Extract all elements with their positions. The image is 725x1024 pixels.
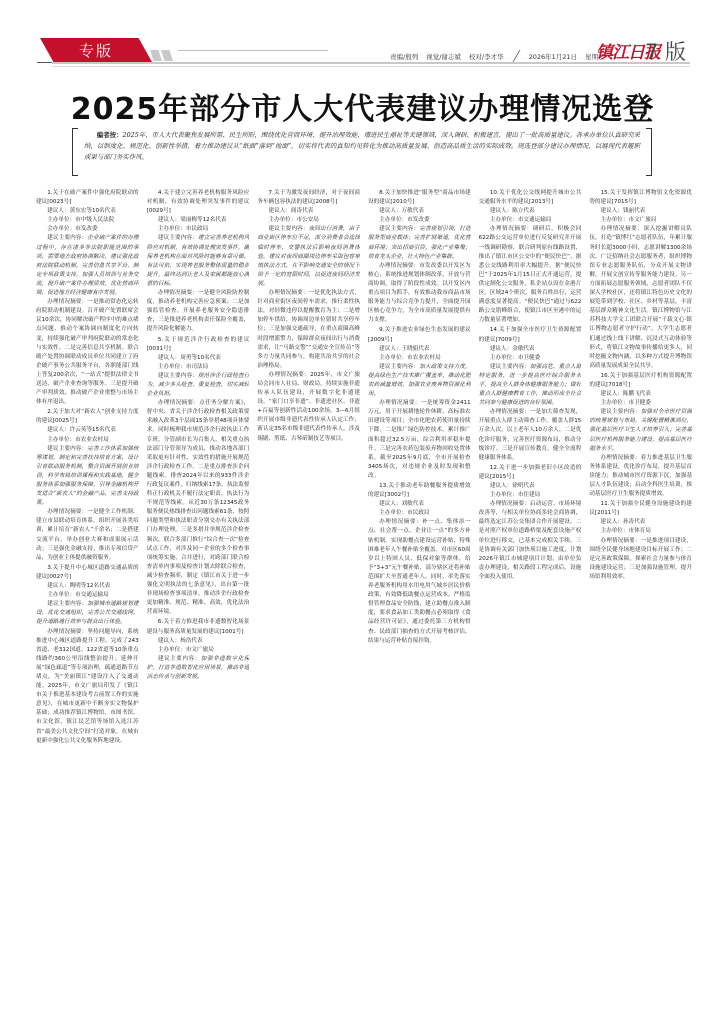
proposer: 建议人：阎涛代表: [257, 207, 360, 216]
column-3: 7.关于为激发夜间经济，对于夜间商务车辆包容执法的建议[2008号] 建议人：阎…: [257, 188, 360, 1008]
lead-unit: 主办单位：市农业农村局: [368, 354, 471, 363]
proposal-title: 3.关于提升中心城区道路交通品质的建议[0027号]: [36, 564, 139, 582]
lead-unit: 主办单位：市民政局: [147, 225, 250, 234]
proposal-title: 12.关于进一步加强老旧小区改造的建议[2015号]: [479, 464, 582, 482]
proposal-title: 5.关于规范涉企行政检查的建议[0031号]: [147, 336, 250, 354]
handling-summary: 办理情况摘要：点任务分解方案》，督中央、省关于涉企行政检查相关政策要求融入改革3…: [147, 399, 250, 617]
editors-note-body: 编者按：2025年，市人大代表聚焦发展所需、民生所盼，围绕优化营商环境、提升治理…: [84, 130, 640, 163]
lead-unit: 主办单位：市交通运输局: [36, 591, 139, 600]
proposal-title: 1.关于在破产案件中强化府院联动的建议[0023号]: [36, 189, 139, 207]
proposal-item-7: 7.关于为激发夜间经济，对于夜间商务车辆包容执法的建议[2008号] 建议人：阎…: [257, 189, 360, 371]
proposal-title: 6.关于着力推进我市非遗数智化场景建设与服务高质量发展的建议[1001号]: [147, 618, 250, 636]
proposal-title: 15.关于发挥镇江博物馆文化资源优势的建议[7015号]: [589, 189, 692, 207]
proposer: 建议人：孙涛代表: [589, 518, 692, 527]
column-5: 10.关于优化公交线网提升城市公共交通服务水平的建议[2013号] 建议人：陈立…: [479, 188, 582, 1008]
proposer: 建议人：徐明代表: [479, 482, 582, 491]
page-headline: 2025年部分市人大代表建议办理情况选登: [0, 84, 725, 128]
proposal-item-12: 12.关于进一步加强老旧小区改造的建议[2015号] 建议人：徐明代表 主办单位…: [479, 464, 582, 582]
proposal-item-6-continued: 办理情况摘要：2025年，市文广旅局会同市人社局、财政局，持续实施非遗传承人队伍…: [257, 371, 360, 444]
divider-slash: [512, 50, 520, 62]
lead-unit: 主办单位：市中级人民法院: [36, 216, 139, 225]
proposal-item-11: 11.关于加强全民健身设施建设的建议[2011号] 建议人：孙涛代表 主办单位：…: [589, 500, 692, 582]
proposer: 建议人：梁丽梅等12名代表: [147, 216, 250, 225]
proposal-content: 建议主要内容：加强非遗数字化保护，打造非遗数智化应用场景，推动非遗活态传承与创新…: [147, 655, 250, 682]
handling-summary: 办理情况摘要：一是健全风险防控制度，推动养老机构完善应急预案；二是加强监管检查，…: [147, 289, 250, 334]
handling-summary: 办理情况摘要：深入挖掘讲解员队伍，打造“镇博红”志愿者队伍，年累计服务时长超30…: [589, 225, 692, 371]
handling-summary: 办理情况摘要：一是加大筛查发现，开展重点人群主动筛查工作，覆盖人群15万余人次，…: [479, 408, 582, 463]
lead-unit: 主办单位：市文广旅局: [147, 646, 250, 655]
proposal-content: 建议主要内容：完善工作体系加强统筹谋划，制定和完善扶持培育方案，设计引育联动服务…: [36, 445, 139, 509]
issue-date: 2026年1月21日: [529, 52, 577, 61]
proposer: 建议人：刘敏代表: [368, 500, 471, 509]
proposal-title: 13.关于推动老年助餐服务提质增效的建议[3002号]: [368, 482, 471, 500]
proposal-item-1: 1.关于在破产案件中强化府院联动的建议[0023号] 建议人：黄东宏等10名代表…: [36, 189, 139, 407]
lead-unit: 主办单位：市公安局: [257, 216, 360, 225]
proposal-title: 16.关于加强基层医疗机构资源配置的建议[7018号]: [589, 372, 692, 390]
proposal-title: 9.关于推进农业绿色生态发展的建议[2009号]: [368, 326, 471, 344]
lead-unit: 主办单位：市发改委: [368, 216, 471, 225]
handling-summary: 办理情况摘要：市发改委以开发区为核心，系统推进规划体制改革，开放与营商协调，取得…: [368, 262, 471, 326]
credit-editor: 责编/殷列: [390, 52, 418, 61]
proposal-content: 建议主要内容：加强城市道路规划建设，优化交通组织，完善公共交通线网，提升道路通行…: [36, 600, 139, 627]
handling-summary: 办理情况摘要：坚持问题导向，系统推进中心城区道路提升工程，完成了243省道、老3…: [36, 628, 139, 746]
handling-summary: 办理情况摘要：一是推进项目建设，围绕全民健身场地建设目标开展工作；二是完善政策保…: [589, 537, 692, 582]
proposer: 建议人：陶明等12名代表: [36, 582, 139, 591]
lead-unit: 主办单位：市交通运输局: [479, 216, 582, 225]
proposal-item-13: 13.关于推动老年助餐服务提质增效的建议[3002号] 建议人：刘敏代表 主办单…: [368, 482, 471, 646]
handling-summary: 办理情况摘要：一是统筹资金2411万元，用于开展耕地轮作休耕、高标准农田建设等项…: [368, 399, 471, 481]
proposer: 建议人：钱丽代表: [589, 207, 692, 216]
credit-proofread: 校对/李才华: [469, 52, 504, 61]
editors-note-text: 2025年，市人大代表聚焦发展所需、民生所盼，围绕优化营商环境、提升治理效能、增…: [84, 131, 640, 161]
proposer: 建议人：万敏代表: [368, 207, 471, 216]
proposal-item-14: 14.关于加强全市医疗卫生资源配置的建议[7009号] 建议人：金敏代表 主办单…: [479, 326, 582, 462]
column-6: 15.关于发挥镇江博物馆文化资源优势的建议[7015号] 建议人：钱丽代表 主办…: [589, 188, 692, 1008]
bracket-right-icon: [646, 128, 652, 176]
proposer: 建议人：金敏代表: [479, 345, 582, 354]
proposal-title: 10.关于优化公交线网提升城市公共交通服务水平的建议[2013号]: [479, 189, 582, 207]
lead-unit: 主办单位：市农业农村局: [36, 436, 139, 445]
proposal-content: 建议主要内容：加大政策支持力度，提高绿色生产技术推广覆盖率，推动化肥农药减量增效…: [368, 363, 471, 399]
proposal-title: 2.关于加大对“新农人”创业支持力度的建议[0025号]: [36, 408, 139, 426]
proposal-content: 建议主要内容：企业破产案件的办理过程中，存在诸多非法院职能范围的事项，需要地方政…: [36, 234, 139, 298]
column-1: 1.关于在破产案件中强化府院联动的建议[0023号] 建议人：黄东宏等10名代表…: [36, 188, 139, 1008]
editors-note-label: 编者按：: [97, 131, 123, 139]
proposal-title: 8.关于加快推进“服务型”商品市场建设的建议[2010号]: [368, 189, 471, 207]
handling-summary: 办理情况摘要：一是优化执法方式，针对商业街区夜间停车需求，推行柔性执法，对轻微违…: [257, 289, 360, 371]
proposal-item-2: 2.关于加大对“新农人”创业支持力度的建议[0025号] 建议人：许云英等15名…: [36, 408, 139, 563]
header-rule-thin: [52, 66, 690, 67]
proposal-item-4: 4.关于建立完善养老机构服务风险应对机制，有效协调处理突发事件的建议[0029号…: [147, 189, 250, 335]
proposal-content: 建议主要内容：加强对全市医疗资源的统筹规划与布局，关键配置精准到位，强化基层医疗…: [589, 408, 692, 453]
handling-summary: 办理情况摘要：启动运营、市场环境改善等，与相关单位协商多轮会商协调，最终选定江苏…: [479, 500, 582, 582]
proposal-content: 建议主要内容：建立完善养老机构风险应对机制，有效协调处理突发事件，确保养老机构在…: [147, 234, 250, 289]
handling-summary: 办理情况摘要：一是推动常态化运转府院联动机制建设。召开破产处置联席会议10余次，…: [36, 298, 139, 407]
proposer: 建议人：周勇等10名代表: [147, 354, 250, 363]
proposer: 建议人：黄东宏等10名代表: [36, 207, 139, 216]
proposal-content: 建议主要内容：规范涉企行政检查行为，减少多头检查、重复检查，切实减轻企业负担。: [147, 372, 250, 399]
proposer: 建议人：杨浩代表: [147, 637, 250, 646]
bracket-left-icon: [72, 128, 78, 176]
column-4: 8.关于加快推进“服务型”商品市场建设的建议[2010号] 建议人：万敏代表 主…: [368, 188, 471, 1008]
proposal-title: 7.关于为激发夜间经济，对于夜间商务车辆包容执法的建议[2008号]: [257, 189, 360, 207]
handling-summary: 办理情况摘要：着力推进基层卫生服务体系建设，优化诊疗布局，提升基层首诊能力；推动…: [589, 454, 692, 499]
proposal-title: 14.关于加强全市医疗卫生资源配置的建议[7009号]: [479, 326, 582, 344]
proposal-title: 4.关于建立完善养老机构服务风险应对机制，有效协调处理突发事件的建议[0029号…: [147, 189, 250, 216]
decorative-stripes-icon: [150, 50, 180, 61]
handling-summary: 办理情况摘要：调研后，积极会同622路公交运营单位进行反复研究并开展一线调研勘察…: [479, 225, 582, 325]
section-tab: 专版: [40, 38, 152, 62]
proposal-item-3: 3.关于提升中心城区道路交通品质的建议[0027号] 建议人：陶明等12名代表 …: [36, 564, 139, 746]
lead-unit: 主办单位：市文广旅局: [589, 216, 692, 225]
co-unit: 会办单位：市发改委: [36, 225, 139, 234]
page-number: 7 版: [645, 36, 686, 66]
lead-unit: 主办单位：市司法局: [147, 363, 250, 372]
lead-unit: 主办单位：市住建局: [479, 491, 582, 500]
masthead: 专版 责编/殷列 视觉/谢志斌 校对/李才华 2026年1月21日 星期三 镇江…: [0, 0, 725, 72]
proposal-item-8: 8.关于加快推进“服务型”商品市场建设的建议[2010号] 建议人：万敏代表 主…: [368, 189, 471, 325]
proposal-content: 建议主要内容：夜间出行消费，由于商业街区停车位不足，部分消费者会选择临时停车，交…: [257, 225, 360, 289]
proposer: 建议人：王晓娟代表: [368, 345, 471, 354]
credit-visual: 视觉/谢志斌: [426, 52, 461, 61]
header-rule: [178, 50, 328, 51]
handling-summary: 办理情况摘要：2025年，市文广旅局会同市人社局、财政局，持续实施非遗传承人队伍…: [257, 371, 360, 444]
handling-summary: 办理情况摘要：补一点、集体添一点、社会帮一点、企业让一点”的多方补贴机制，实现助…: [368, 518, 471, 645]
lead-unit: 主办单位：市体育局: [589, 527, 692, 536]
column-2: 4.关于建立完善养老机构服务风险应对机制，有效协调处理突发事件的建议[0029号…: [147, 188, 250, 1008]
article-columns: 1.关于在破产案件中强化府院联动的建议[0023号] 建议人：黄东宏等10名代表…: [36, 188, 692, 1008]
proposal-item-10: 10.关于优化公交线网提升城市公共交通服务水平的建议[2013号] 建议人：陈立…: [479, 189, 582, 325]
lead-unit: 主办单位：市卫健委: [589, 399, 692, 408]
header-rule-double: [52, 62, 690, 64]
proposer: 建议人：陈鹏飞代表: [589, 390, 692, 399]
proposal-item-6: 6.关于着力推进我市非遗数智化场景建设与服务高质量发展的建议[1001号] 建议…: [147, 618, 250, 682]
proposer: 建议人：陈立代表: [479, 207, 582, 216]
handling-summary: 办理情况摘要：一是健全工作机制，建立市县联动培育体系，组织开展各类培训，累计培育…: [36, 508, 139, 563]
proposal-item-15: 15.关于发挥镇江博物馆文化资源优势的建议[7015号] 建议人：钱丽代表 主办…: [589, 189, 692, 371]
proposal-item-5: 5.关于规范涉企行政检查的建议[0031号] 建议人：周勇等10名代表 主办单位…: [147, 336, 250, 618]
proposal-item-9: 9.关于推进农业绿色生态发展的建议[2009号] 建议人：王晓娟代表 主办单位：…: [368, 326, 471, 481]
proposer: 建议人：许云英等15名代表: [36, 426, 139, 435]
proposal-content: 建议主要内容：完善规划引领，打造服务型商业载体；完善扩展渠道，优化营商环境；突出…: [368, 225, 471, 261]
editors-note: 编者按：2025年，市人大代表聚焦发展所需、民生所盼，围绕优化营商环境、提升治理…: [72, 128, 652, 176]
proposal-content: 建议主要内容：加强高危、重点人群特定服务，进一步提高医疗综合服务水平，提高全人群…: [479, 363, 582, 408]
lead-unit: 主办单位：市卫健委: [479, 354, 582, 363]
proposal-title: 11.关于加强全民健身设施建设的建议[2011号]: [589, 500, 692, 518]
page-credits: 责编/殷列 视觉/谢志斌 校对/李才华 2026年1月21日 星期三: [390, 50, 605, 62]
proposal-item-16: 16.关于加强基层医疗机构资源配置的建议[7018号] 建议人：陈鹏飞代表 主办…: [589, 372, 692, 499]
lead-unit: 主办单位：市民政局: [368, 509, 471, 518]
